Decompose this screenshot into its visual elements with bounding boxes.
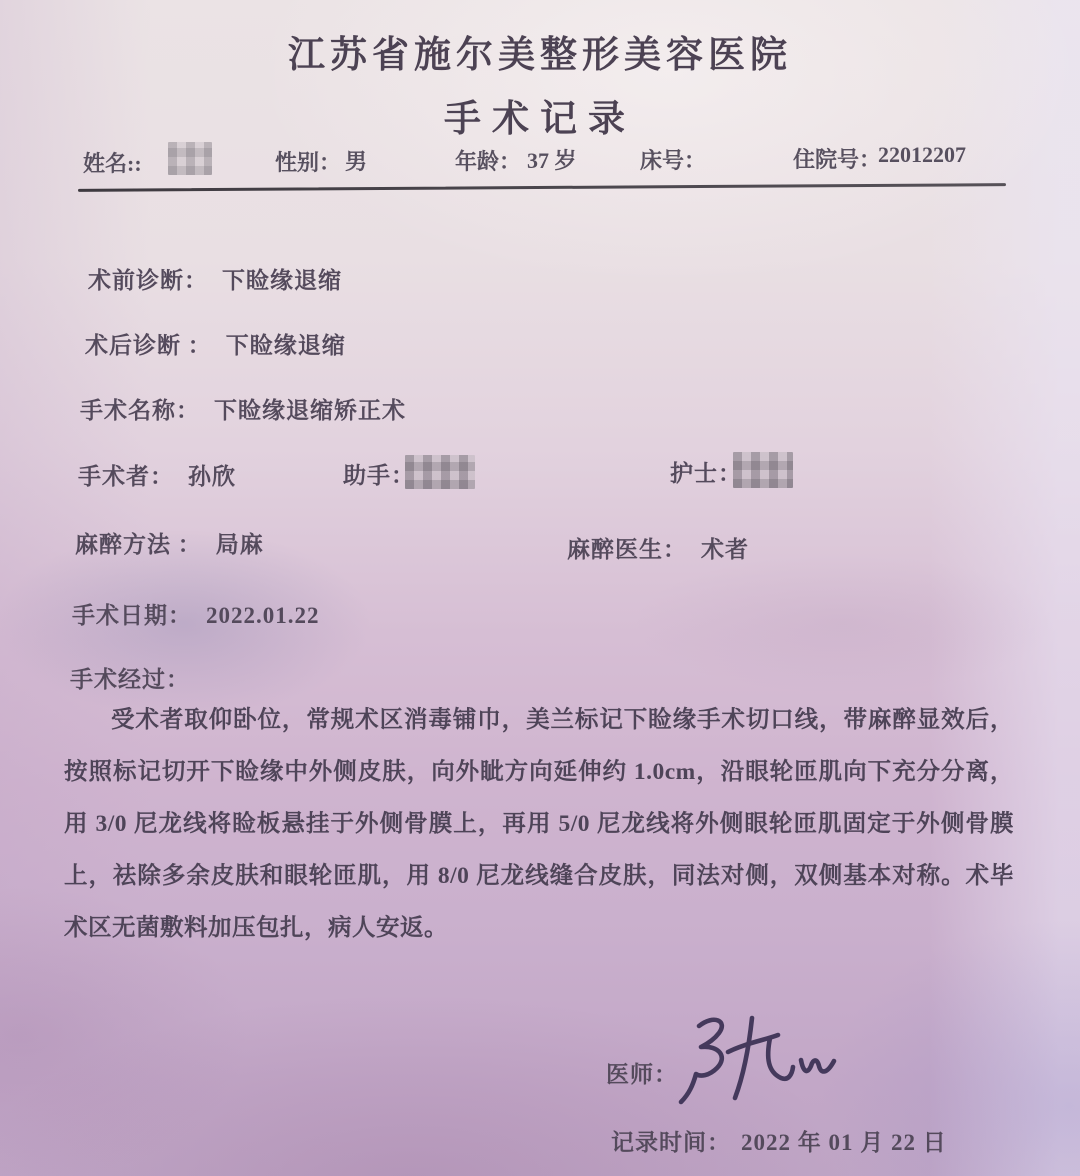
surgery-date-label: 手术日期： xyxy=(72,603,192,628)
procedure-heading: 手术经过： xyxy=(70,661,190,694)
preop-diagnosis-label: 术前诊断： xyxy=(88,268,208,293)
anesthesiologist-row: 麻醉医生：术者 xyxy=(567,531,749,564)
surgery-name-row: 手术名称：下睑缘退缩矫正术 xyxy=(80,392,406,425)
surgeon-label: 手术者： xyxy=(78,464,174,489)
surgeon-value: 孙欣 xyxy=(188,464,236,489)
redacted-assistant-name xyxy=(405,455,475,489)
physician-signature xyxy=(672,1008,847,1108)
surgery-name-label: 手术名称： xyxy=(80,398,200,423)
surgery-date-value: 2022.01.22 xyxy=(206,603,320,628)
header-divider-line xyxy=(78,183,1006,191)
procedure-text: 受术者取仰卧位，常规术区消毒铺巾，美兰标记下睑缘手术切口线，带麻醉显效后，按照标… xyxy=(64,694,1014,954)
admission-number-value: 22012207 xyxy=(878,142,966,168)
record-time-value: 2022 年 01 月 22 日 xyxy=(741,1130,947,1155)
preop-diagnosis-value: 下睑缘退缩 xyxy=(222,268,342,293)
postop-diagnosis-label: 术后诊断 ： xyxy=(85,333,212,358)
record-time-row: 记录时间：2022 年 01 月 22 日 xyxy=(611,1124,947,1157)
gender-value: 男 xyxy=(345,145,367,176)
admission-number-label: 住院号： xyxy=(793,143,881,174)
anesthesia-method-value: 局麻 xyxy=(216,532,264,557)
anesthesiologist-label: 麻醉医生： xyxy=(567,537,687,562)
bed-number-label: 床号： xyxy=(640,144,706,175)
patient-name-label: 姓名:: xyxy=(83,147,142,178)
nurse-label: 护士： xyxy=(670,455,742,488)
document-title: 手术记录 xyxy=(0,88,1080,142)
surgery-date-row: 手术日期：2022.01.22 xyxy=(72,597,320,630)
anesthesia-method-row: 麻醉方法 ：局麻 xyxy=(75,526,264,559)
redacted-patient-name xyxy=(168,142,212,175)
gender-label: 性别： xyxy=(275,146,341,177)
surgery-name-value: 下睑缘退缩矫正术 xyxy=(214,398,406,423)
surgeon-row: 手术者：孙欣 xyxy=(78,458,236,491)
physician-label: 医师： xyxy=(606,1056,678,1089)
hospital-name: 江苏省施尔美整形美容医院 xyxy=(0,24,1080,78)
postop-diagnosis-value: 下睑缘退缩 xyxy=(226,333,346,358)
signature-strokes xyxy=(672,1008,847,1108)
postop-diagnosis-row: 术后诊断 ：下睑缘退缩 xyxy=(85,327,346,360)
age-value: 37 岁 xyxy=(527,144,577,175)
redacted-nurse-name xyxy=(733,452,793,488)
age-label: 年龄： xyxy=(455,145,521,176)
record-time-label: 记录时间： xyxy=(611,1130,731,1155)
anesthesiologist-value: 术者 xyxy=(701,537,749,562)
preop-diagnosis-row: 术前诊断：下睑缘退缩 xyxy=(88,262,342,295)
surgery-record-photo: 江苏省施尔美整形美容医院 手术记录 姓名:: 性别： 男 年龄： 37 岁 床号… xyxy=(0,0,1080,1176)
anesthesia-method-label: 麻醉方法 ： xyxy=(75,532,202,557)
